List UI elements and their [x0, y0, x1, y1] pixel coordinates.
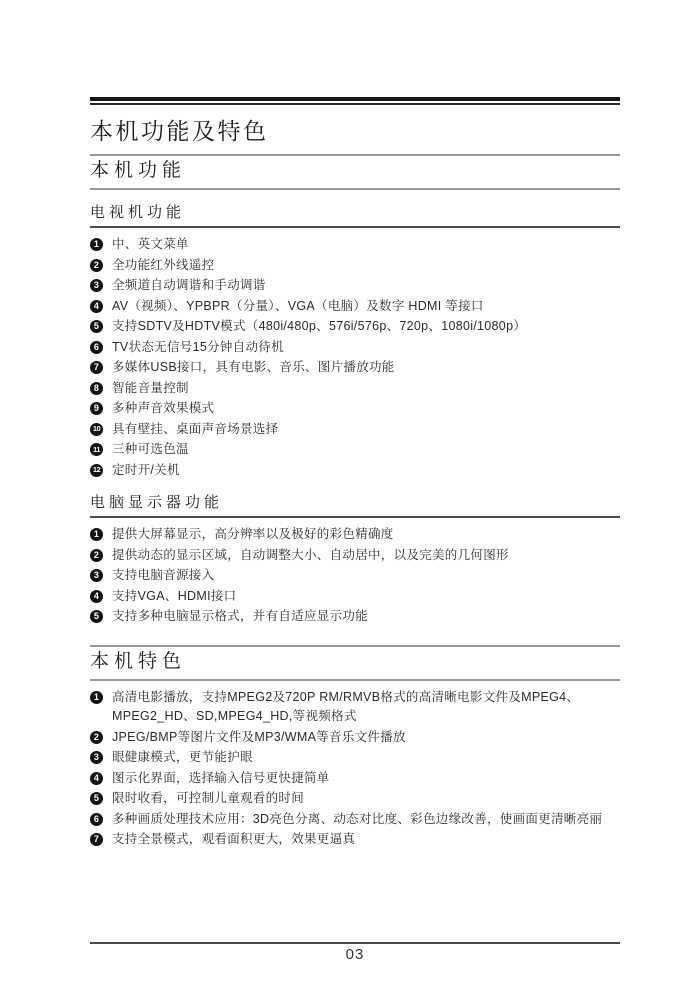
item-number-badge: 9	[90, 402, 103, 415]
list-item: 4支持VGA、HDMI接口	[90, 587, 620, 607]
top-double-rule	[90, 97, 620, 105]
list-item: 1中、英文菜单	[90, 235, 620, 255]
list-item-text: 多媒体USB接口，具有电影、音乐、图片播放功能	[112, 360, 395, 374]
list-item-text: 全频道自动调谐和手动调谐	[112, 278, 266, 292]
list-item: 5支持多种电脑显示格式，并有自适应显示功能	[90, 607, 620, 627]
pc-functions-section: 电脑显示器功能 1提供大屏幕显示，高分辨率以及极好的彩色精确度2提供动态的显示区…	[90, 493, 620, 627]
page-number: 03	[90, 946, 620, 964]
item-number-badge: 2	[90, 549, 103, 562]
item-number-badge: 1	[90, 691, 103, 704]
footer-rule	[90, 942, 620, 944]
list-item-text: 具有壁挂、桌面声音场景选择	[112, 422, 278, 436]
item-number-badge: 5	[90, 610, 103, 623]
chapter-title: 本机功能及特色	[90, 116, 620, 146]
list-item-text: JPEG/BMP等图片文件及MP3/WMA等音乐文件播放	[112, 730, 406, 744]
list-item-text: 多种声音效果模式	[112, 401, 214, 415]
list-item-text: 支持电脑音源接入	[112, 568, 214, 582]
list-item-text: 限时收看，可控制儿童观看的时间	[112, 791, 304, 805]
item-number-badge: 4	[90, 772, 103, 785]
list-item: 11三种可选色温	[90, 440, 620, 460]
item-number-badge: 1	[90, 528, 103, 541]
list-item-text: 提供大屏幕显示，高分辨率以及极好的彩色精确度	[112, 527, 394, 541]
item-number-badge: 5	[90, 320, 103, 333]
list-item: 2JPEG/BMP等图片文件及MP3/WMA等音乐文件播放	[90, 728, 620, 748]
item-number-badge: 11	[90, 443, 103, 456]
top-rule-thick-bar	[90, 97, 620, 101]
item-number-badge: 6	[90, 813, 103, 826]
section-title-functions: 本机功能	[90, 154, 620, 190]
list-item-text: 全功能红外线遥控	[112, 258, 214, 272]
item-number-badge: 4	[90, 300, 103, 313]
list-item: 2提供动态的显示区域，自动调整大小、自动居中，以及完美的几何图形	[90, 546, 620, 566]
list-item-text: 支持VGA、HDMI接口	[112, 589, 236, 603]
item-number-badge: 2	[90, 259, 103, 272]
item-number-badge: 7	[90, 361, 103, 374]
list-item-text: 多种画质处理技术应用：3D亮色分离、动态对比度、彩色边缘改善，使画面更清晰亮丽	[112, 812, 602, 826]
list-item-text: TV状态无信号15分钟自动待机	[112, 340, 284, 354]
list-item-text: 定时开/关机	[112, 463, 180, 477]
list-item-text: 支持多种电脑显示格式，并有自适应显示功能	[112, 609, 368, 623]
list-item-text: 支持全景模式，观看面积更大，效果更逼真	[112, 832, 355, 846]
list-item-text: 智能音量控制	[112, 381, 189, 395]
subsection-title-pc: 电脑显示器功能	[90, 493, 620, 518]
list-item-text: 图示化界面，选择输入信号更快捷简单	[112, 771, 330, 785]
item-number-badge: 2	[90, 731, 103, 744]
list-item-text: AV（视频）、YPBPR（分量）、VGA（电脑）及数字 HDMI 等接口	[112, 299, 484, 313]
list-item: 4AV（视频）、YPBPR（分量）、VGA（电脑）及数字 HDMI 等接口	[90, 297, 620, 317]
item-number-badge: 10	[90, 423, 103, 436]
list-item: 6多种画质处理技术应用：3D亮色分离、动态对比度、彩色边缘改善，使画面更清晰亮丽	[90, 810, 620, 830]
list-item: 2全功能红外线遥控	[90, 256, 620, 276]
list-item: 4图示化界面，选择输入信号更快捷简单	[90, 769, 620, 789]
list-item: 1高清电影播放，支持MPEG2及720P RM/RMVB格式的高清晰电影文件及M…	[90, 688, 620, 727]
list-item: 9多种声音效果模式	[90, 399, 620, 419]
list-item: 10具有壁挂、桌面声音场景选择	[90, 420, 620, 440]
item-number-badge: 4	[90, 590, 103, 603]
item-number-badge: 3	[90, 751, 103, 764]
tv-functions-list: 1中、英文菜单2全功能红外线遥控3全频道自动调谐和手动调谐4AV（视频）、YPB…	[90, 235, 620, 480]
item-number-badge: 8	[90, 382, 103, 395]
list-item: 3全频道自动调谐和手动调谐	[90, 276, 620, 296]
list-item: 3支持电脑音源接入	[90, 566, 620, 586]
item-number-badge: 3	[90, 569, 103, 582]
item-number-badge: 7	[90, 833, 103, 846]
list-item: 6TV状态无信号15分钟自动待机	[90, 338, 620, 358]
item-number-badge: 6	[90, 341, 103, 354]
manual-page: 本机功能及特色 本机功能 电视机功能 1中、英文菜单2全功能红外线遥控3全频道自…	[0, 0, 700, 994]
list-item-text: 三种可选色温	[112, 442, 189, 456]
list-item-text: 中、英文菜单	[112, 237, 189, 251]
list-item: 7支持全景模式，观看面积更大，效果更逼真	[90, 830, 620, 850]
page-content: 本机功能及特色 本机功能 电视机功能 1中、英文菜单2全功能红外线遥控3全频道自…	[90, 97, 620, 851]
item-number-badge: 12	[90, 464, 103, 477]
list-item: 1提供大屏幕显示，高分辨率以及极好的彩色精确度	[90, 525, 620, 545]
page-footer: 03	[90, 942, 620, 964]
list-item: 8智能音量控制	[90, 379, 620, 399]
list-item: 7多媒体USB接口，具有电影、音乐、图片播放功能	[90, 358, 620, 378]
list-item: 12定时开/关机	[90, 461, 620, 481]
section-title-features: 本机特色	[90, 645, 620, 681]
item-number-badge: 5	[90, 792, 103, 805]
tv-functions-section: 电视机功能 1中、英文菜单2全功能红外线遥控3全频道自动调谐和手动调谐4AV（视…	[90, 203, 620, 480]
list-item-text: 支持SDTV及HDTV模式（480i/480p、576i/576p、720p、1…	[112, 319, 526, 333]
list-item-text: 高清电影播放，支持MPEG2及720P RM/RMVB格式的高清晰电影文件及MP…	[112, 690, 579, 724]
list-item-text: 提供动态的显示区域，自动调整大小、自动居中，以及完美的几何图形	[112, 548, 509, 562]
subsection-title-tv: 电视机功能	[90, 203, 620, 228]
features-list: 1高清电影播放，支持MPEG2及720P RM/RMVB格式的高清晰电影文件及M…	[90, 688, 620, 850]
pc-functions-list: 1提供大屏幕显示，高分辨率以及极好的彩色精确度2提供动态的显示区域，自动调整大小…	[90, 525, 620, 627]
list-item: 5限时收看，可控制儿童观看的时间	[90, 789, 620, 809]
top-rule-thin-bar	[90, 103, 620, 105]
list-item: 5支持SDTV及HDTV模式（480i/480p、576i/576p、720p、…	[90, 317, 620, 337]
item-number-badge: 1	[90, 238, 103, 251]
list-item-text: 眼健康模式，更节能护眼	[112, 750, 253, 764]
item-number-badge: 3	[90, 279, 103, 292]
list-item: 3眼健康模式，更节能护眼	[90, 748, 620, 768]
